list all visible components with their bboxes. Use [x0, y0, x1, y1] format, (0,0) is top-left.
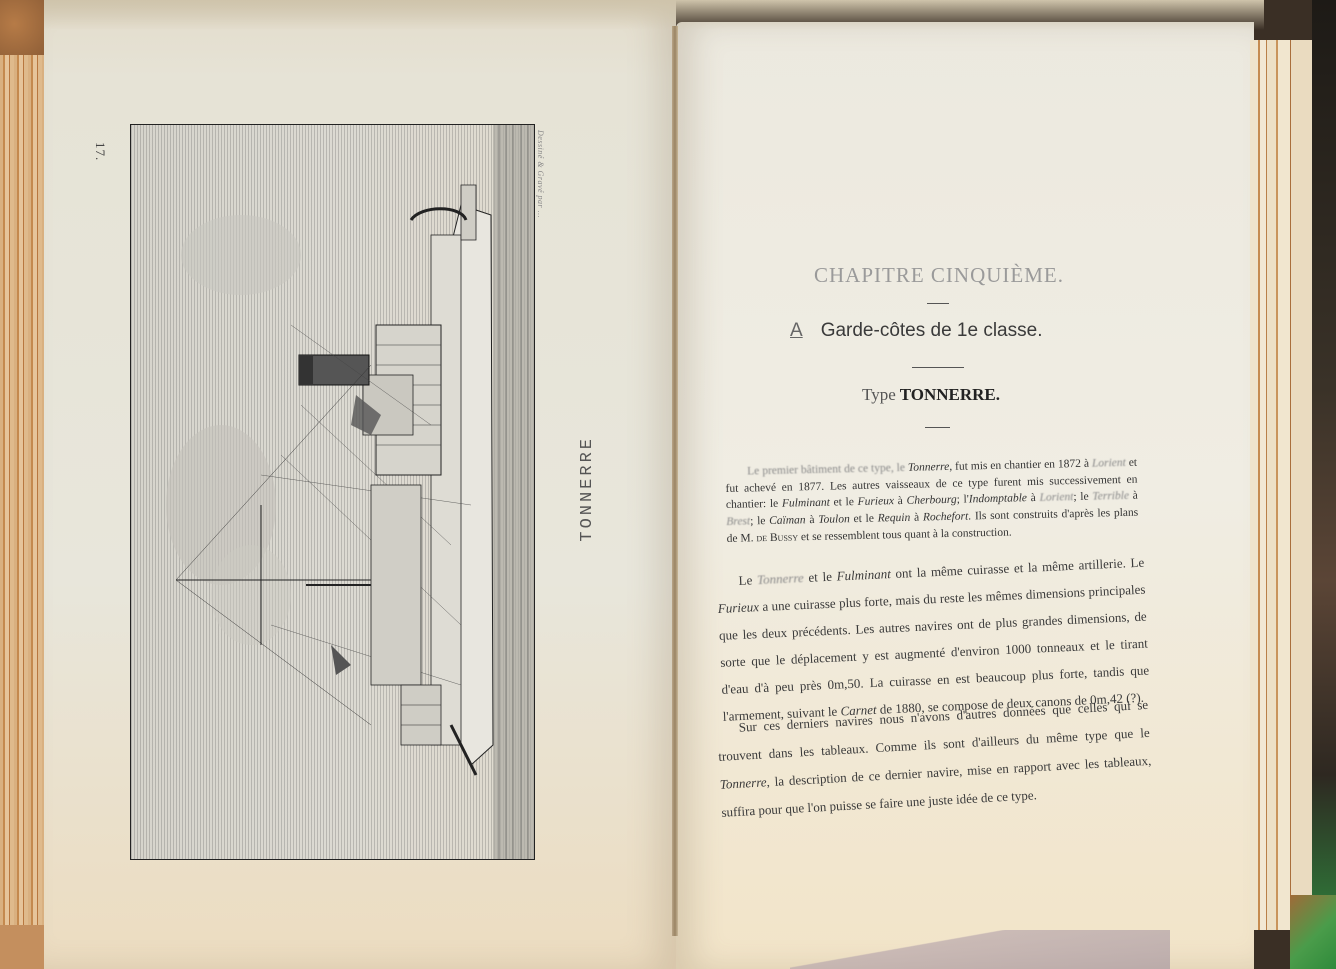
left-fore-edge-top: [0, 0, 48, 60]
book-cover-edge: [1312, 0, 1336, 969]
plate-caption: TONNERRE: [578, 436, 597, 542]
divider-rule: [925, 427, 950, 428]
page-top-shadow: [44, 0, 1264, 30]
book-gutter: [672, 26, 678, 936]
divider-rule: [927, 303, 949, 304]
ship-engraving: [130, 124, 535, 860]
chapter-heading: CHAPITRE CINQUIÈME.: [814, 263, 1064, 288]
type-prefix: Type: [862, 385, 896, 404]
right-fore-edge: [1250, 40, 1312, 930]
section-heading: AGarde-côtes de 1e classe.: [790, 320, 1042, 342]
left-fore-edge: [0, 55, 48, 969]
type-heading: Type TONNERRE.: [862, 385, 1000, 405]
paragraph-history: Le premier bâtiment de ce type, le Tonne…: [725, 454, 1139, 547]
left-fore-edge-bottom: [0, 925, 48, 969]
engraver-credit: Dessiné & Gravé par ...: [536, 130, 545, 218]
bottom-shadow: [790, 930, 1170, 969]
type-name: TONNERRE.: [900, 385, 1000, 404]
divider-rule: [912, 367, 964, 368]
plate-number: 17.: [92, 142, 108, 161]
ironclad-ship-icon: [131, 125, 534, 859]
green-cloth-corner: [1290, 895, 1336, 969]
section-title: Garde-côtes de 1e classe.: [821, 320, 1043, 341]
section-letter: A: [790, 320, 803, 341]
book-photo: 17.: [0, 0, 1336, 969]
